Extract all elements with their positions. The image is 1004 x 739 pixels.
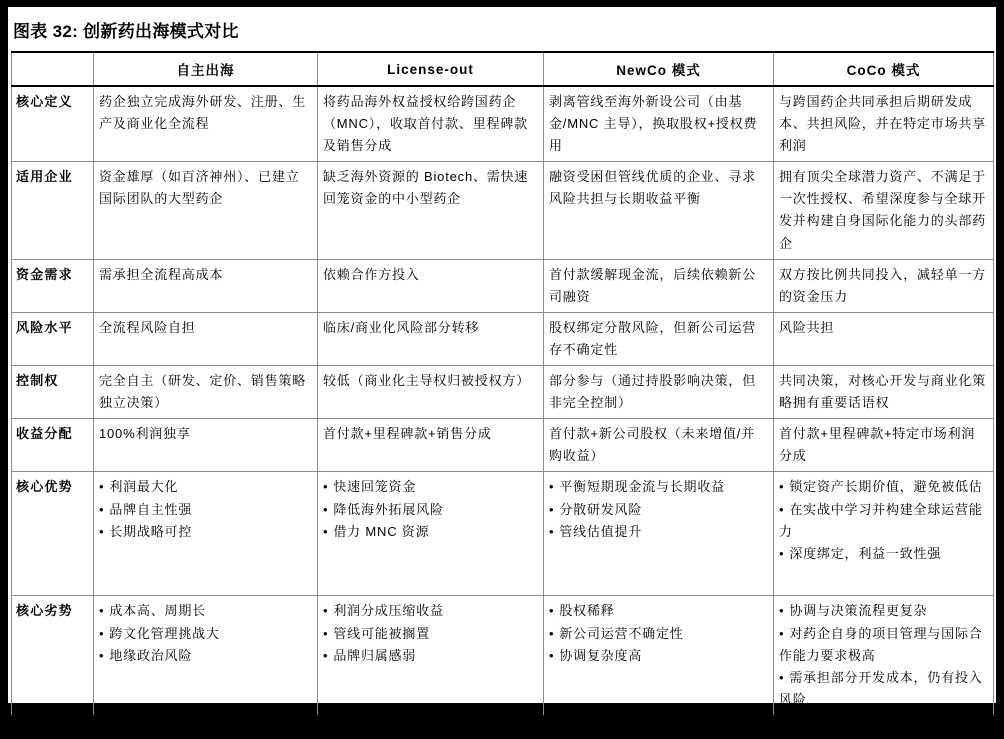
- table-cell: 利润分成压缩收益管线可能被搁置品牌归属感弱: [318, 596, 544, 711]
- bullet-item: 需承担部分开发成本，仍有投入风险: [779, 667, 987, 711]
- table-cell: 拥有顶尖全球潜力资产、不满足于一次性授权、希望深度参与全球开发并构建自身国际化能…: [774, 162, 994, 259]
- table-body: 核心定义药企独立完成海外研发、注册、生产及商业化全流程将药品海外权益授权给跨国药…: [12, 86, 994, 711]
- table-row: 核心劣势成本高、周期长跨文化管理挑战大地缘政治风险利润分成压缩收益管线可能被搁置…: [12, 596, 994, 711]
- bullet-item: 快速回笼资金: [323, 476, 537, 498]
- table-row: 收益分配100%利润独享首付款+里程碑款+销售分成首付款+新公司股权（未来增值/…: [12, 419, 994, 472]
- comparison-table: 自主出海License-outNewCo 模式CoCo 模式 核心定义药企独立完…: [11, 51, 994, 711]
- bullet-item: 管线估值提升: [549, 521, 767, 543]
- table-cell: 成本高、周期长跨文化管理挑战大地缘政治风险: [94, 596, 318, 711]
- bullet-item: 利润最大化: [99, 476, 311, 498]
- column-header: CoCo 模式: [774, 52, 994, 86]
- table-cell: 股权稀释新公司运营不确定性协调复杂度高: [544, 596, 774, 711]
- table-cell: 双方按比例共同投入，减轻单一方的资金压力: [774, 259, 994, 312]
- column-header: NewCo 模式: [544, 52, 774, 86]
- table-head: 自主出海License-outNewCo 模式CoCo 模式: [12, 52, 994, 86]
- table-cell: 需承担全流程高成本: [94, 259, 318, 312]
- table-cell: 快速回笼资金降低海外拓展风险借力 MNC 资源: [318, 472, 544, 596]
- bullet-item: 股权稀释: [549, 600, 767, 622]
- bullet-item: 长期战略可控: [99, 521, 311, 543]
- bullet-list: 锁定资产长期价值，避免被低估在实战中学习并构建全球运营能力深度绑定，利益一致性强: [779, 476, 987, 564]
- table-row: 适用企业资金雄厚（如百济神州）、已建立国际团队的大型药企缺乏海外资源的 Biot…: [12, 162, 994, 259]
- table-cell: 依赖合作方投入: [318, 259, 544, 312]
- bullet-item: 协调与决策流程更复杂: [779, 600, 987, 622]
- figure-title: 图表 32: 创新药出海模式对比: [11, 11, 993, 51]
- bullet-item: 成本高、周期长: [99, 600, 311, 622]
- header-row: 自主出海License-outNewCo 模式CoCo 模式: [12, 52, 994, 86]
- bullet-list: 利润分成压缩收益管线可能被搁置品牌归属感弱: [323, 600, 537, 666]
- row-label: 收益分配: [12, 419, 94, 472]
- column-header: License-out: [318, 52, 544, 86]
- table-cell: 药企独立完成海外研发、注册、生产及商业化全流程: [94, 86, 318, 162]
- table-cell: 股权绑定分散风险，但新公司运营存不确定性: [544, 312, 774, 365]
- table-cell: 锁定资产长期价值，避免被低估在实战中学习并构建全球运营能力深度绑定，利益一致性强: [774, 472, 994, 596]
- bullet-list: 股权稀释新公司运营不确定性协调复杂度高: [549, 600, 767, 666]
- bullet-item: 锁定资产长期价值，避免被低估: [779, 476, 987, 498]
- table-cell: 部分参与（通过持股影响决策，但非完全控制）: [544, 366, 774, 419]
- bullet-list: 协调与决策流程更复杂对药企自身的项目管理与国际合作能力要求极高需承担部分开发成本…: [779, 600, 987, 710]
- row-label: 适用企业: [12, 162, 94, 259]
- table-cell: 将药品海外权益授权给跨国药企（MNC），收取首付款、里程碑款及销售分成: [318, 86, 544, 162]
- table-cell: 100%利润独享: [94, 419, 318, 472]
- table-cell: 与跨国药企共同承担后期研发成本、共担风险，并在特定市场共享利润: [774, 86, 994, 162]
- table-cell: 临床/商业化风险部分转移: [318, 312, 544, 365]
- row-label: 风险水平: [12, 312, 94, 365]
- bullet-item: 在实战中学习并构建全球运营能力: [779, 499, 987, 543]
- table-row: 核心优势利润最大化品牌自主性强长期战略可控快速回笼资金降低海外拓展风险借力 MN…: [12, 472, 994, 596]
- report-figure-page: 图表 32: 创新药出海模式对比 自主出海License-outNewCo 模式…: [8, 7, 996, 703]
- table-cell: 平衡短期现金流与长期收益分散研发风险管线估值提升: [544, 472, 774, 596]
- row-label: 核心定义: [12, 86, 94, 162]
- bullet-item: 品牌自主性强: [99, 499, 311, 521]
- row-label: 控制权: [12, 366, 94, 419]
- bullet-list: 成本高、周期长跨文化管理挑战大地缘政治风险: [99, 600, 311, 666]
- row-label: 核心劣势: [12, 596, 94, 711]
- table-cell: 缺乏海外资源的 Biotech、需快速回笼资金的中小型药企: [318, 162, 544, 259]
- bullet-item: 管线可能被搁置: [323, 623, 537, 645]
- table-cell: 风险共担: [774, 312, 994, 365]
- bullet-item: 新公司运营不确定性: [549, 623, 767, 645]
- table-row: 资金需求需承担全流程高成本依赖合作方投入首付款缓解现金流，后续依赖新公司融资双方…: [12, 259, 994, 312]
- table-cell: 全流程风险自担: [94, 312, 318, 365]
- table-row: 风险水平全流程风险自担临床/商业化风险部分转移股权绑定分散风险，但新公司运营存不…: [12, 312, 994, 365]
- bullet-item: 协调复杂度高: [549, 645, 767, 667]
- bullet-item: 利润分成压缩收益: [323, 600, 537, 622]
- bullet-item: 品牌归属感弱: [323, 645, 537, 667]
- table-cell: 剥离管线至海外新设公司（由基金/MNC 主导），换取股权+授权费用: [544, 86, 774, 162]
- table-cell: 完全自主（研发、定价、销售策略独立决策）: [94, 366, 318, 419]
- row-label: 核心优势: [12, 472, 94, 596]
- corner-cell: [12, 52, 94, 86]
- bullet-item: 分散研发风险: [549, 499, 767, 521]
- column-header: 自主出海: [94, 52, 318, 86]
- table-cell: 首付款+里程碑款+特定市场利润分成: [774, 419, 994, 472]
- bullet-list: 平衡短期现金流与长期收益分散研发风险管线估值提升: [549, 476, 767, 542]
- bullet-item: 降低海外拓展风险: [323, 499, 537, 521]
- table-cell: 协调与决策流程更复杂对药企自身的项目管理与国际合作能力要求极高需承担部分开发成本…: [774, 596, 994, 711]
- table-cell: 首付款缓解现金流，后续依赖新公司融资: [544, 259, 774, 312]
- table-cell: 融资受困但管线优质的企业、寻求风险共担与长期收益平衡: [544, 162, 774, 259]
- table-cell: 较低（商业化主导权归被授权方）: [318, 366, 544, 419]
- table-cell: 共同决策，对核心开发与商业化策略拥有重要话语权: [774, 366, 994, 419]
- table-cell: 首付款+里程碑款+销售分成: [318, 419, 544, 472]
- bullet-item: 借力 MNC 资源: [323, 521, 537, 543]
- row-label: 资金需求: [12, 259, 94, 312]
- table-row: 核心定义药企独立完成海外研发、注册、生产及商业化全流程将药品海外权益授权给跨国药…: [12, 86, 994, 162]
- bullet-item: 跨文化管理挑战大: [99, 623, 311, 645]
- bullet-item: 地缘政治风险: [99, 645, 311, 667]
- table-row: 控制权完全自主（研发、定价、销售策略独立决策）较低（商业化主导权归被授权方）部分…: [12, 366, 994, 419]
- bullet-list: 快速回笼资金降低海外拓展风险借力 MNC 资源: [323, 476, 537, 542]
- bullet-list: 利润最大化品牌自主性强长期战略可控: [99, 476, 311, 542]
- table-cell: 资金雄厚（如百济神州）、已建立国际团队的大型药企: [94, 162, 318, 259]
- table-cell: 利润最大化品牌自主性强长期战略可控: [94, 472, 318, 596]
- bullet-item: 深度绑定，利益一致性强: [779, 543, 987, 565]
- bullet-item: 对药企自身的项目管理与国际合作能力要求极高: [779, 623, 987, 667]
- bullet-item: 平衡短期现金流与长期收益: [549, 476, 767, 498]
- table-cell: 首付款+新公司股权（未来增值/并购收益）: [544, 419, 774, 472]
